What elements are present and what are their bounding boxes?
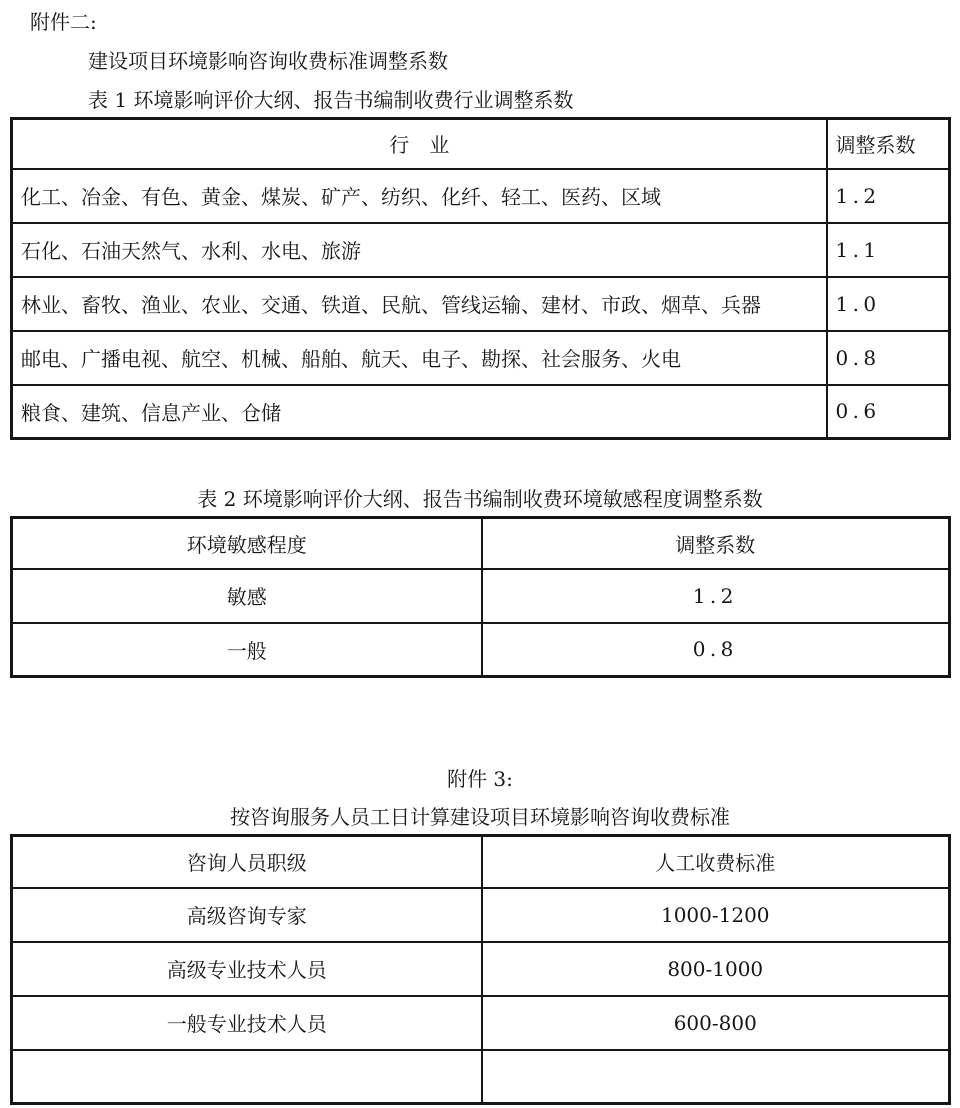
rank-cell: 高级咨询专家 — [12, 888, 482, 942]
coefficient-column-header: 调整系数 — [482, 518, 950, 569]
industry-coefficient-table: 行 业 调整系数 化工、冶金、有色、黄金、煤炭、矿产、纺织、化纤、轻工、医药、区… — [10, 117, 951, 440]
sensitivity-column-header: 环境敏感程度 — [12, 518, 482, 569]
industry-cell: 粮食、建筑、信息产业、仓储 — [12, 385, 827, 439]
coefficient-cell: 1.0 — [827, 277, 950, 331]
table-row: 石化、石油天然气、水利、水电、旅游 1.1 — [12, 223, 950, 277]
sensitivity-cell: 一般 — [12, 623, 482, 677]
industry-cell: 林业、畜牧、渔业、农业、交通、铁道、民航、管线运输、建材、市政、烟草、兵器 — [12, 277, 827, 331]
table-header-row: 行 业 调整系数 — [12, 119, 950, 169]
fee-cell: 600-800 — [482, 996, 950, 1050]
table-row: 高级咨询专家 1000-1200 — [12, 888, 950, 942]
rank-cell — [12, 1050, 482, 1104]
fee-column-header: 人工收费标准 — [482, 836, 950, 888]
rank-cell: 一般专业技术人员 — [12, 996, 482, 1050]
fee-cell — [482, 1050, 950, 1104]
rank-cell: 高级专业技术人员 — [12, 942, 482, 996]
table3-title: 按咨询服务人员工日计算建设项目环境影响咨询收费标准 — [0, 804, 960, 830]
table-row: 一般专业技术人员 600-800 — [12, 996, 950, 1050]
coefficient-cell: 1.2 — [827, 169, 950, 223]
coefficient-cell: 1.1 — [827, 223, 950, 277]
rank-column-header: 咨询人员职级 — [12, 836, 482, 888]
document-page: 附件二: 建设项目环境影响咨询收费标准调整系数 表 1 环境影响评价大纲、报告书… — [0, 0, 960, 1108]
sensitivity-coefficient-table: 环境敏感程度 调整系数 敏感 1.2 一般 0.8 — [10, 516, 951, 678]
attachment3-label: 附件 3: — [0, 766, 960, 792]
industry-column-header: 行 业 — [12, 119, 827, 169]
table-row: 敏感 1.2 — [12, 569, 950, 623]
table-row: 高级专业技术人员 800-1000 — [12, 942, 950, 996]
table-row — [12, 1050, 950, 1104]
labor-fee-table: 咨询人员职级 人工收费标准 高级咨询专家 1000-1200 高级专业技术人员 … — [10, 834, 951, 1105]
coefficient-cell: 0.8 — [827, 331, 950, 385]
table-row: 粮食、建筑、信息产业、仓储 0.6 — [12, 385, 950, 439]
fee-cell: 1000-1200 — [482, 888, 950, 942]
table-row: 化工、冶金、有色、黄金、煤炭、矿产、纺织、化纤、轻工、医药、区域 1.2 — [12, 169, 950, 223]
table1-title: 表 1 环境影响评价大纲、报告书编制收费行业调整系数 — [88, 87, 960, 113]
sensitivity-cell: 敏感 — [12, 569, 482, 623]
table-header-row: 环境敏感程度 调整系数 — [12, 518, 950, 569]
coefficient-column-header: 调整系数 — [827, 119, 950, 169]
document-title: 建设项目环境影响咨询收费标准调整系数 — [88, 48, 960, 74]
table-row: 一般 0.8 — [12, 623, 950, 677]
table-row: 邮电、广播电视、航空、机械、船舶、航天、电子、勘探、社会服务、火电 0.8 — [12, 331, 950, 385]
table-header-row: 咨询人员职级 人工收费标准 — [12, 836, 950, 888]
attachment2-label: 附件二: — [30, 0, 960, 35]
industry-cell: 化工、冶金、有色、黄金、煤炭、矿产、纺织、化纤、轻工、医药、区域 — [12, 169, 827, 223]
industry-cell: 邮电、广播电视、航空、机械、船舶、航天、电子、勘探、社会服务、火电 — [12, 331, 827, 385]
fee-cell: 800-1000 — [482, 942, 950, 996]
industry-cell: 石化、石油天然气、水利、水电、旅游 — [12, 223, 827, 277]
coefficient-cell: 0.6 — [827, 385, 950, 439]
table-row: 林业、畜牧、渔业、农业、交通、铁道、民航、管线运输、建材、市政、烟草、兵器 1.… — [12, 277, 950, 331]
table2-title: 表 2 环境影响评价大纲、报告书编制收费环境敏感程度调整系数 — [0, 486, 960, 512]
coefficient-cell: 0.8 — [482, 623, 950, 677]
coefficient-cell: 1.2 — [482, 569, 950, 623]
